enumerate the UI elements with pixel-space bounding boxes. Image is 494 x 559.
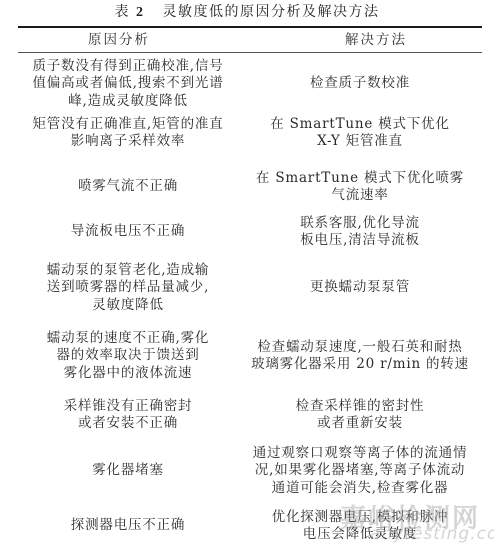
caption-label: 表 xyxy=(115,4,131,20)
table-row: 探测器电压不正确 优化探测器电压,模拟和脉冲 电压会降低灵敏度 xyxy=(18,506,482,546)
solution-cell: 检查蠕动泵速度,一般石英和耐热 玻璃雾化器采用 20 r/min 的转速 xyxy=(238,339,482,374)
cause-cell: 蠕动泵的泵管老化,造成输 送到喷雾器的样品量减少, 灵敏度降低 xyxy=(18,262,238,315)
table-row: 质子数没有得到正确校准,信号 值偏高或者偏低,搜索不到光谱 峰,造成灵敏度降低 … xyxy=(18,56,482,112)
table-row: 采样锥没有正确密封 或者安装不正确 检查采样锥的密封性 或者重新安装 xyxy=(18,396,482,434)
table-row: 喷雾气流不正确 在 SmartTune 模式下优化喷雾 气流速率 xyxy=(18,168,482,206)
solution-cell: 更换蠕动泵泵管 xyxy=(238,279,482,297)
caption-number: 2 xyxy=(136,5,145,20)
solution-cell: 在 SmartTune 模式下优化喷雾 气流速率 xyxy=(238,170,482,205)
cause-cell: 矩管没有正确准直,矩管的准直 影响离子采样效率 xyxy=(18,116,238,151)
table-row: 雾化器堵塞 通过观察口观察等离子体的流通情 况,如果雾化器堵塞,等离子体流动 通… xyxy=(18,443,482,499)
cause-cell: 采样锥没有正确密封 或者安装不正确 xyxy=(18,398,238,433)
table-row: 蠕动泵的泵管老化,造成输 送到喷雾器的样品量减少, 灵敏度降低 更换蠕动泵泵管 xyxy=(18,260,482,316)
solution-cell: 通过观察口观察等离子体的流通情 况,如果雾化器堵塞,等离子体流动 通道可能会消失… xyxy=(238,445,482,498)
solution-cell: 检查采样锥的密封性 或者重新安装 xyxy=(238,398,482,433)
table-header: 原因分析 解决方法 xyxy=(18,29,482,51)
header-solution: 解决方法 xyxy=(250,29,482,51)
cause-cell: 喷雾气流不正确 xyxy=(18,178,238,196)
table-top-rule xyxy=(18,26,482,28)
solution-cell: 优化探测器电压,模拟和脉冲 电压会降低灵敏度 xyxy=(238,509,482,544)
table-row: 蠕动泵的速度不正确,雾化 器的效率取决于馈送到 雾化器中的液体流速 检查蠕动泵速… xyxy=(18,328,482,384)
table-row: 导流板电压不正确 联系客服,优化导流 板电压,清洁导流板 xyxy=(18,213,482,251)
solution-cell: 联系客服,优化导流 板电压,清洁导流板 xyxy=(238,215,482,250)
cause-cell: 探测器电压不正确 xyxy=(18,517,238,535)
cause-cell: 质子数没有得到正确校准,信号 值偏高或者偏低,搜索不到光谱 峰,造成灵敏度降低 xyxy=(18,58,238,111)
solution-cell: 检查质子数校准 xyxy=(238,75,482,93)
table-caption: 表 2 灵敏度低的原因分析及解决方法 xyxy=(0,2,494,23)
header-cause: 原因分析 xyxy=(18,29,250,51)
cause-cell: 雾化器堵塞 xyxy=(18,462,238,480)
table-row: 矩管没有正确准直,矩管的准直 影响离子采样效率 在 SmartTune 模式下优… xyxy=(18,114,482,152)
caption-title: 灵敏度低的原因分析及解决方法 xyxy=(162,4,379,20)
solution-cell: 在 SmartTune 模式下优化 X-Y 矩管准直 xyxy=(238,116,482,151)
cause-cell: 蠕动泵的速度不正确,雾化 器的效率取决于馈送到 雾化器中的液体流速 xyxy=(18,330,238,383)
cause-cell: 导流板电压不正确 xyxy=(18,223,238,241)
table-header-rule xyxy=(18,52,482,53)
